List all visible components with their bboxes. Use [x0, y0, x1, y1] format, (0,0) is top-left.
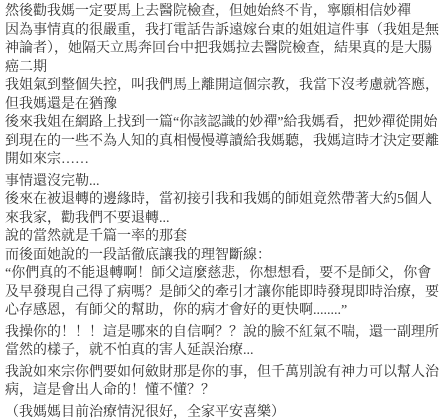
post-paragraph-angry-reaction: 我操你的！！！這是哪來的自信啊？？說的臉不紅氣不喘，還一副理所當然的樣子，就不怕…	[5, 324, 439, 361]
post-paragraph-hospital-check: 然後勸我媽一定要馬上去醫院檢查，但她始終不肯，寧願相信妙禪 因為事情真的很嚴重，…	[5, 3, 439, 170]
post-body: 然後勸我媽一定要馬上去醫院檢查，但她始終不肯，寧願相信妙禪 因為事情真的很嚴重，…	[0, 0, 441, 419]
post-paragraph-retention-visit: 事情還沒完勒... 後來在被退轉的邊緣時，當初接引我和我媽的師姐竟然帶著大約5個…	[5, 173, 439, 321]
post-paragraph-closing-note: （我媽媽目前治療情況很好，全家平安喜樂）	[5, 404, 439, 419]
post-paragraph-warning: 我說如來宗你們要如何斂財那是你的事，但千萬別說有神力可以幫人治病，這是會出人命的…	[5, 364, 439, 401]
